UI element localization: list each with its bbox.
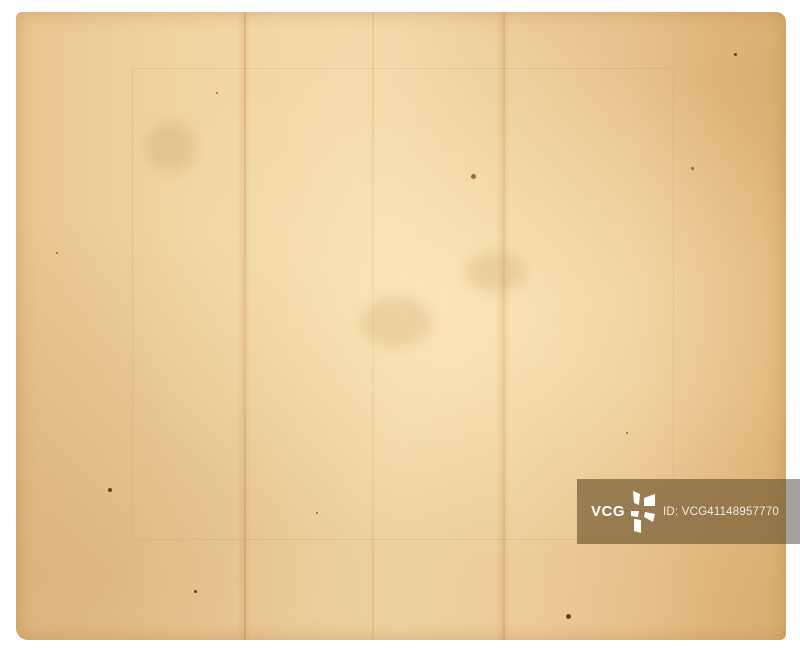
aged-paper-sheet	[16, 12, 786, 640]
foxing-spot	[316, 512, 318, 514]
foxing-spot	[734, 53, 737, 56]
vcg-watermark: VCG ID: VCG41148957770	[577, 479, 786, 544]
foxing-spot	[108, 488, 112, 492]
foxing-spot	[626, 432, 628, 434]
foxing-spot	[566, 614, 571, 619]
foxing-spot	[691, 167, 694, 170]
vcg-logo-text: VCG	[591, 503, 625, 520]
stain	[466, 252, 526, 292]
foxing-spot	[194, 590, 197, 593]
vcg-burst-icon	[631, 489, 657, 535]
foxing-spot	[216, 92, 218, 94]
fold-line-left	[244, 12, 246, 640]
watermark-side-strip	[786, 479, 800, 544]
watermark-image-id: ID: VCG41148957770	[663, 506, 779, 518]
foxing-spot	[56, 252, 58, 254]
foxing-spot	[471, 174, 476, 179]
fold-line-right	[503, 12, 505, 640]
stain	[146, 122, 196, 172]
stain	[361, 297, 431, 347]
